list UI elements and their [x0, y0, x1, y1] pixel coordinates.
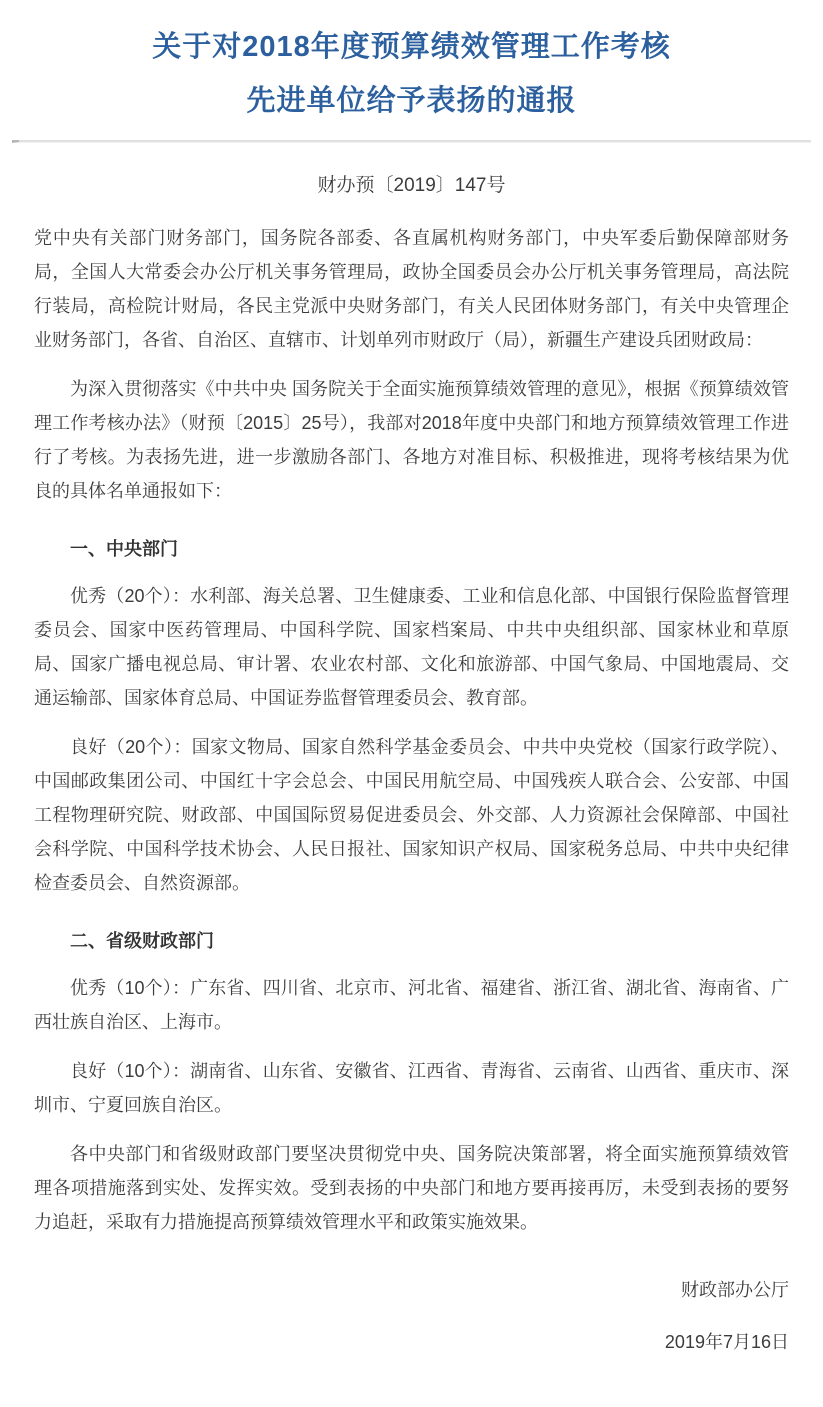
- document-number: 财办预〔2019〕147号: [34, 173, 789, 199]
- issue-date: 2019年7月16日: [34, 1327, 789, 1357]
- section-1-good-paragraph: 良好（20个）：国家文物局、国家自然科学基金委员会、中共中央党校（国家行政学院）…: [34, 730, 789, 900]
- section-2-heading: 二、省级财政部门: [34, 926, 789, 956]
- notice-document: 关于对2018年度预算绩效管理工作考核 先进单位给予表扬的通报 财办预〔2019…: [0, 0, 823, 1407]
- document-title: 关于对2018年度预算绩效管理工作考核 先进单位给予表扬的通报: [34, 14, 789, 128]
- title-divider: [12, 140, 811, 143]
- section-2-good-paragraph: 良好（10个）：湖南省、山东省、安徽省、江西省、青海省、云南省、山西省、重庆市、…: [34, 1054, 789, 1122]
- intro-paragraph: 为深入贯彻落实《中共中央 国务院关于全面实施预算绩效管理的意见》，根据《预算绩效…: [34, 372, 789, 508]
- recipients-paragraph: 党中央有关部门财务部门，国务院各部委、各直属机构财务部门，中央军委后勤保障部财务…: [34, 221, 789, 357]
- section-2-excellent-paragraph: 优秀（10个）：广东省、四川省、北京市、河北省、福建省、浙江省、湖北省、海南省、…: [34, 971, 789, 1039]
- issuer-signature: 财政部办公厅: [34, 1275, 789, 1305]
- title-line-1: 关于对2018年度预算绩效管理工作考核: [34, 20, 789, 74]
- title-line-2: 先进单位给予表扬的通报: [34, 74, 789, 128]
- section-1-heading: 一、中央部门: [34, 534, 789, 564]
- section-1-excellent-paragraph: 优秀（20个）：水利部、海关总署、卫生健康委、工业和信息化部、中国银行保险监督管…: [34, 579, 789, 715]
- closing-paragraph: 各中央部门和省级财政部门要坚决贯彻党中央、国务院决策部署，将全面实施预算绩效管理…: [34, 1137, 789, 1239]
